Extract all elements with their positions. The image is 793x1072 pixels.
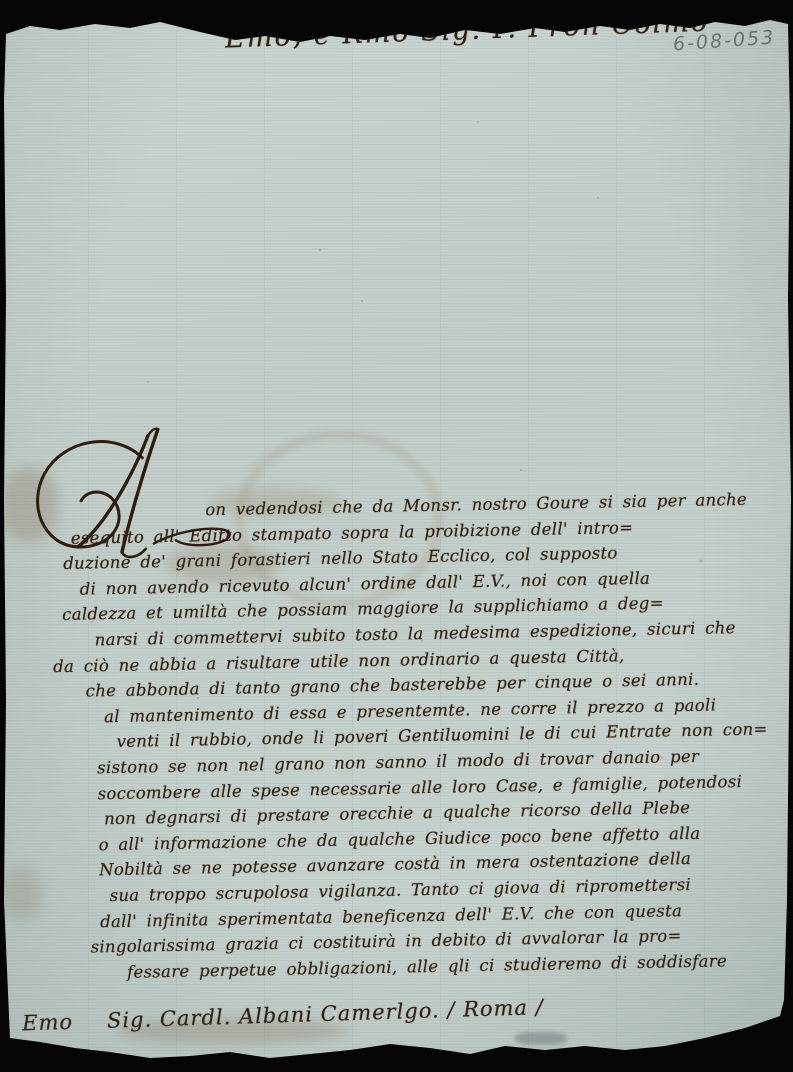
address-line: EmoSig. Cardl. Albani Camerlgo. / Roma /	[22, 993, 622, 1036]
letter-page: Emo, e Rmo Sig. P. Pron Colmo 6-08-053 o…	[0, 0, 793, 1072]
letter-body: on vedendosi che da Monsr. nostro Goure …	[0, 486, 793, 987]
stamp-showthrough	[515, 1032, 567, 1045]
salutation-line: Emo, e Rmo Sig. P. Pron Colmo	[225, 9, 656, 55]
address-honorific: Emo	[22, 1010, 74, 1036]
scanned-letter-background: { "header": { "salutation": "Emo, e Rmo …	[0, 0, 793, 1072]
address-recipient: Sig. Cardl. Albani Camerlgo. / Roma /	[107, 995, 544, 1033]
